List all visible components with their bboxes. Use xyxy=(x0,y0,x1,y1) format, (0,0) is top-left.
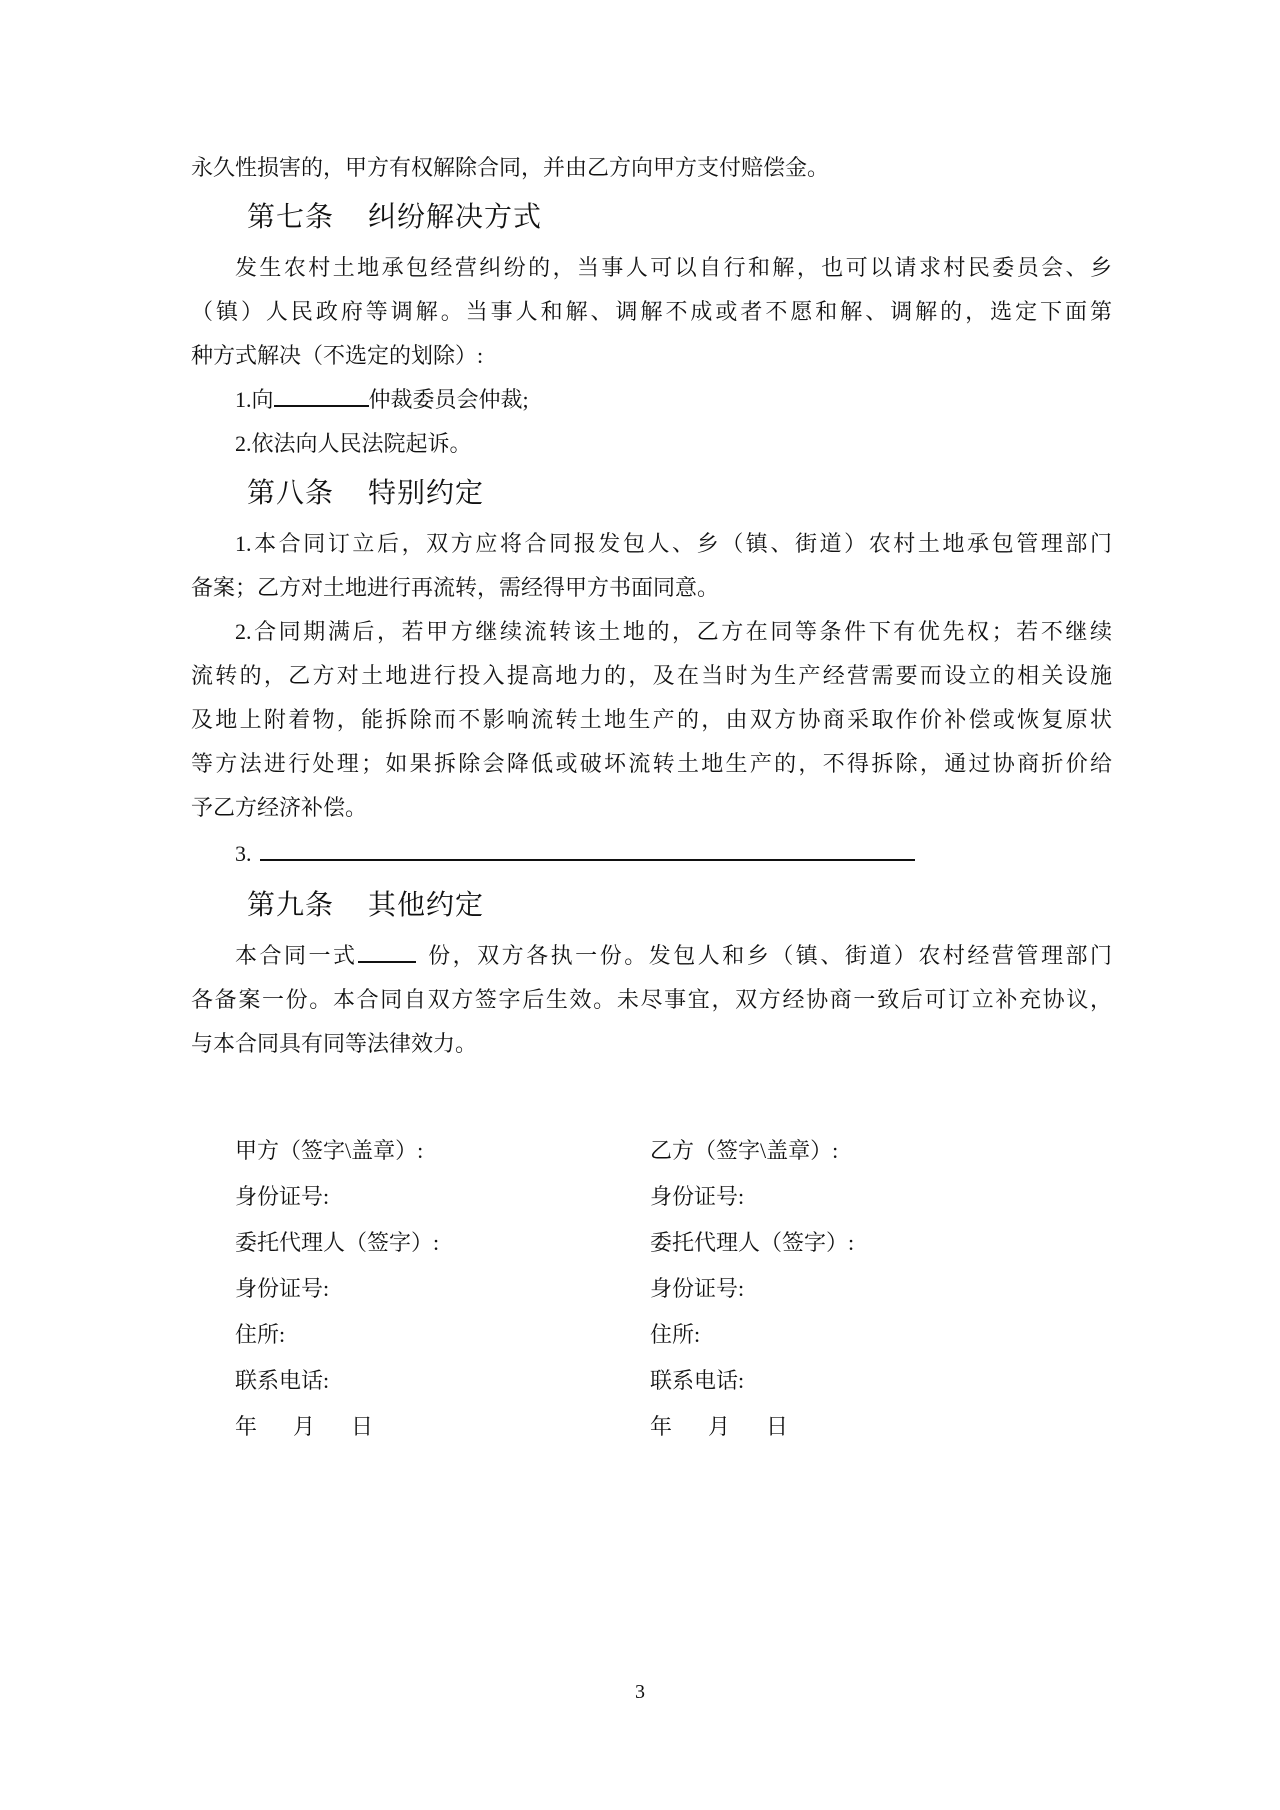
party-a-year-label: 年 xyxy=(235,1404,257,1450)
signature-column-party-b: 乙方（签字\盖章）: 身份证号: 委托代理人（签字）: 身份证号: 住所: 联系… xyxy=(650,1128,1070,1450)
article9-title: 其他约定 xyxy=(368,890,484,921)
party-a-date-line: 年 月 日 xyxy=(235,1404,650,1450)
party-b-agent-id-label: 身份证号: xyxy=(650,1266,1070,1312)
clause6-continuation-line: 永久性损害的，甲方有权解除合同，并由乙方向甲方支付赔偿金。 xyxy=(191,146,1112,190)
dispute-option-1-suffix: 仲裁委员会仲裁; xyxy=(369,387,529,412)
fill-in-blank-copies xyxy=(358,939,416,963)
article9-heading: 第九条其他约定 xyxy=(191,878,1112,934)
document-body: 永久性损害的，甲方有权解除合同，并由乙方向甲方支付赔偿金。 第七条纠纷解决方式 … xyxy=(191,146,1112,1450)
article8-item1-line1: 1.本合同订立后，双方应将合同报发包人、乡（镇、街道）农村土地承包管理部门 xyxy=(191,522,1112,566)
article9-paragraph-line3: 与本合同具有同等法律效力。 xyxy=(191,1022,1112,1066)
dispute-option-1: 1.向仲裁委员会仲裁; xyxy=(191,378,1112,422)
article9-number: 第九条 xyxy=(247,890,334,921)
signature-column-party-a: 甲方（签字\盖章）: 身份证号: 委托代理人（签字）: 身份证号: 住所: 联系… xyxy=(235,1128,650,1450)
article7-title: 纠纷解决方式 xyxy=(368,202,542,233)
article8-number: 第八条 xyxy=(247,478,334,509)
article7-paragraph-line2: （镇）人民政府等调解。当事人和解、调解不成或者不愿和解、调解的，选定下面第 xyxy=(191,290,1112,334)
party-b-id-label: 身份证号: xyxy=(650,1174,1070,1220)
page-number: 3 xyxy=(0,1678,1280,1706)
party-a-agent-label: 委托代理人（签字）: xyxy=(235,1220,650,1266)
party-b-signature-label: 乙方（签字\盖章）: xyxy=(650,1128,1070,1174)
article7-number: 第七条 xyxy=(247,202,334,233)
party-b-date-line: 年 月 日 xyxy=(650,1404,1070,1450)
party-b-day-label: 日 xyxy=(766,1404,788,1450)
article8-title: 特别约定 xyxy=(368,478,484,509)
party-a-signature-label: 甲方（签字\盖章）: xyxy=(235,1128,650,1174)
party-b-phone-label: 联系电话: xyxy=(650,1358,1070,1404)
party-b-month-label: 月 xyxy=(708,1404,730,1450)
party-a-day-label: 日 xyxy=(351,1404,373,1450)
party-b-address-label: 住所: xyxy=(650,1312,1070,1358)
article8-item2-line2: 流转的，乙方对土地进行投入提高地力的，及在当时为生产经营需要而设立的相关设施 xyxy=(191,654,1112,698)
article7-paragraph-line3: 种方式解决（不选定的划除）: xyxy=(191,334,1112,378)
party-a-id-label: 身份证号: xyxy=(235,1174,650,1220)
article8-item2-line1: 2.合同期满后，若甲方继续流转该土地的，乙方在同等条件下有优先权；若不继续 xyxy=(191,610,1112,654)
article8-item2-line4: 等方法进行处理；如果拆除会降低或破坏流转土地生产的，不得拆除，通过协商折价给 xyxy=(191,742,1112,786)
article9-copies-suffix: 份，双方各执一份。发包人和乡（镇、街道）农村经营管理部门 xyxy=(426,943,1112,968)
article9-paragraph-line2: 各备案一份。本合同自双方签字后生效。未尽事宜，双方经协商一致后可订立补充协议， xyxy=(191,978,1112,1022)
dispute-option-1-prefix: 1.向 xyxy=(235,387,274,412)
fill-in-blank-special-terms xyxy=(260,837,915,861)
article7-paragraph-line1: 发生农村土地承包经营纠纷的，当事人可以自行和解，也可以请求村民委员会、乡 xyxy=(191,246,1112,290)
article9-copies-prefix: 本合同一式 xyxy=(235,943,358,968)
article9-paragraph-line1: 本合同一式份，双方各执一份。发包人和乡（镇、街道）农村经营管理部门 xyxy=(191,934,1112,978)
fill-in-blank-arbitration xyxy=(274,383,369,407)
party-a-month-label: 月 xyxy=(293,1404,315,1450)
dispute-option-2: 2.依法向人民法院起诉。 xyxy=(191,422,1112,466)
article7-heading: 第七条纠纷解决方式 xyxy=(191,190,1112,246)
party-a-agent-id-label: 身份证号: xyxy=(235,1266,650,1312)
article8-item3: 3. xyxy=(191,830,1112,878)
article8-item2-line3: 及地上附着物，能拆除而不影响流转土地生产的，由双方协商采取作价补偿或恢复原状 xyxy=(191,698,1112,742)
article8-item1-line2: 备案；乙方对土地进行再流转，需经得甲方书面同意。 xyxy=(191,566,1112,610)
party-b-agent-label: 委托代理人（签字）: xyxy=(650,1220,1070,1266)
article8-item3-prefix: 3. xyxy=(235,841,252,866)
party-a-address-label: 住所: xyxy=(235,1312,650,1358)
article8-heading: 第八条特别约定 xyxy=(191,466,1112,522)
party-a-phone-label: 联系电话: xyxy=(235,1358,650,1404)
signature-block: 甲方（签字\盖章）: 身份证号: 委托代理人（签字）: 身份证号: 住所: 联系… xyxy=(191,1128,1112,1450)
contract-page: 永久性损害的，甲方有权解除合同，并由乙方向甲方支付赔偿金。 第七条纠纷解决方式 … xyxy=(0,0,1280,1810)
article8-item2-line5: 予乙方经济补偿。 xyxy=(191,786,1112,830)
party-b-year-label: 年 xyxy=(650,1404,672,1450)
